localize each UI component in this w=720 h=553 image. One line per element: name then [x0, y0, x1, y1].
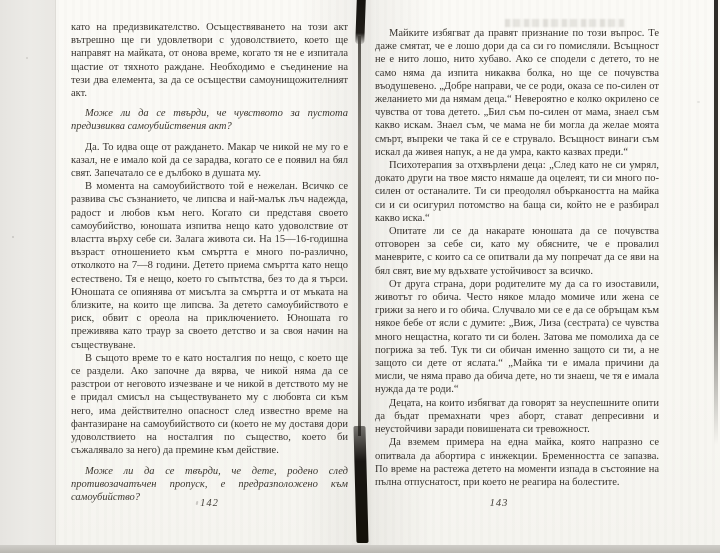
page-142-text-column: като на предизвикателство. Осъществяване…: [71, 21, 348, 511]
body-paragraph: Психотерапия за отхвърлени деца: „След к…: [375, 159, 659, 225]
scanner-bed-left-margin: [0, 0, 56, 553]
body-paragraph: Майките избягват да правят признание по …: [375, 27, 659, 159]
body-paragraph: Опитате ли се да накарате юношата да се …: [375, 225, 659, 278]
page-142-number: 142: [71, 498, 348, 509]
scanned-book-spread: като на предизвикателство. Осъществяване…: [0, 0, 720, 553]
page-143-text-column: Майките избягват да правят признание по …: [375, 27, 659, 489]
scan-dust-speck: [697, 101, 700, 103]
bleed-through-ghost-text: [505, 19, 625, 27]
body-paragraph: Децата, на които избягват да говорят за …: [375, 397, 659, 437]
body-paragraph: В същото време то е като носталгия по не…: [71, 352, 348, 458]
body-paragraph: Да. То идва още от раждането. Макар че н…: [71, 141, 348, 181]
body-paragraph: като на предизвикателство. Осъществяване…: [71, 21, 348, 100]
body-paragraph: Да вземем примера на една майка, която н…: [375, 436, 659, 489]
book-spine-gutter-line: [358, 36, 361, 436]
page-edge-shadow-right: [714, 0, 718, 445]
scan-dust-speck: [26, 57, 28, 59]
scan-dust-speck: [12, 236, 14, 238]
body-paragraph: От друга страна, дори родителите му да с…: [375, 278, 659, 397]
body-paragraph: В момента на самоубийството той е нежела…: [71, 180, 348, 352]
scanner-bed-bottom-strip: [0, 545, 720, 553]
page-143-number: 143: [375, 498, 659, 509]
interview-question-paragraph: Може ли да се твърди, че чувството за пу…: [71, 107, 348, 133]
